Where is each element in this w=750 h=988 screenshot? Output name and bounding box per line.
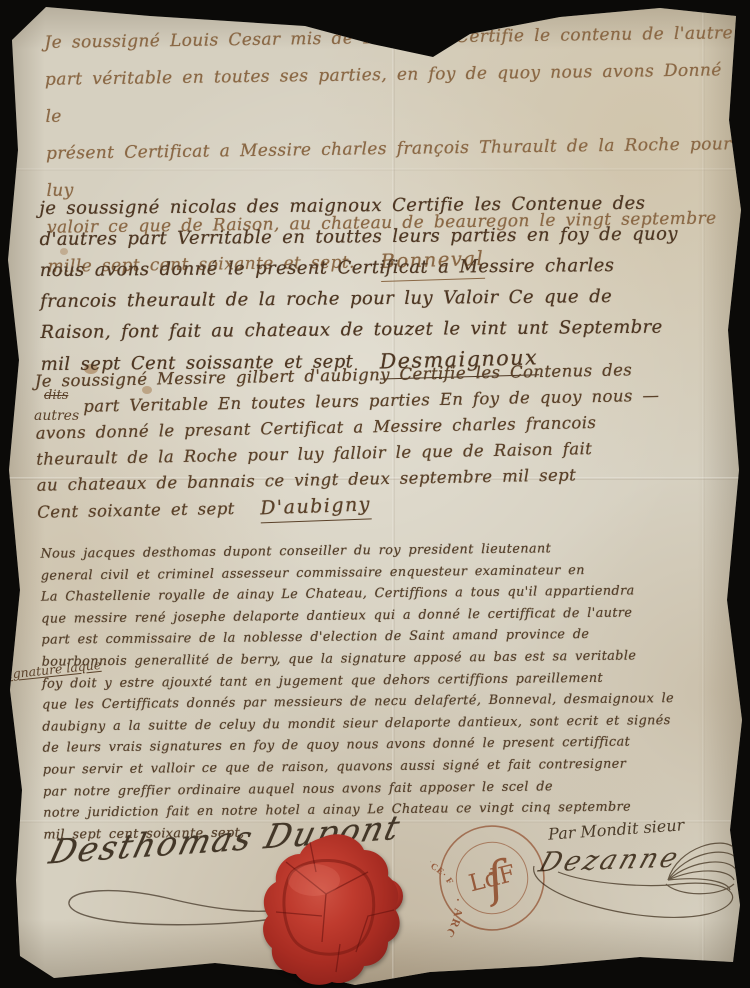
manuscript-line-text: Cent soixante et sept (37, 499, 235, 522)
manuscript-line: Raison, font fait au chateaux de touzet … (40, 311, 740, 348)
margin-struck-word: dits (44, 388, 68, 403)
signature-daubigny: D'aubigny (260, 491, 372, 523)
certificate-paragraph-daubigny: Je soussigné Messire gilbert d'aubigny C… (35, 355, 740, 526)
manuscript-line: d'autres part Verritable en touttes leur… (39, 218, 739, 255)
margin-insert-word: autres (34, 408, 79, 424)
manuscript-line: part véritable en toutes ses parties, en… (45, 52, 736, 136)
wax-seal-icon (256, 832, 408, 988)
attestation-paragraph: Nous jacques desthomas dupont conseiller… (40, 536, 745, 846)
manuscript-scan: Je soussigné Louis Cesar mis de Bonneval… (0, 0, 750, 988)
signature-dezanne: Dezanne (535, 842, 685, 878)
certificate-paragraph-desmaignoux: je soussigné nicolas des maignoux Certif… (39, 187, 741, 381)
